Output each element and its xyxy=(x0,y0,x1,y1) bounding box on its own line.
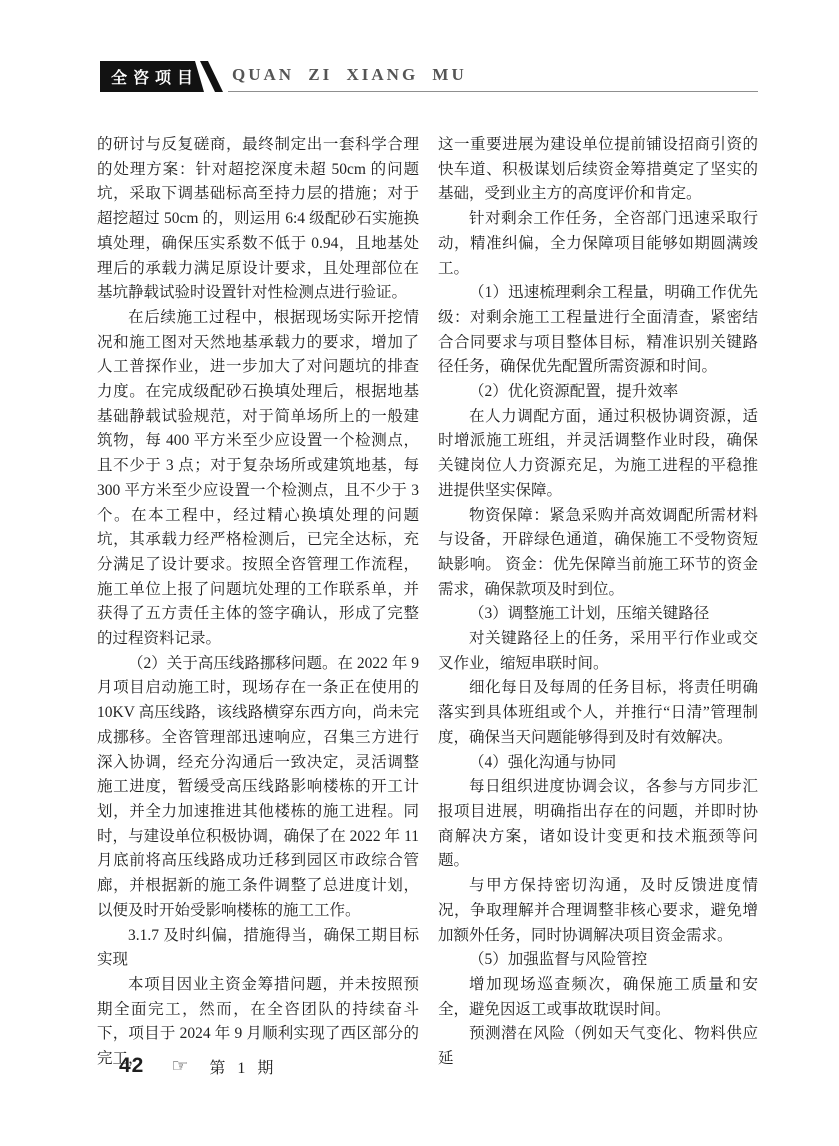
paragraph: 在人力调配方面，通过积极协调资源，适时增派施工班组，并灵活调整作业时段，确保关键… xyxy=(438,405,758,504)
paragraph: 针对剩余工作任务，全咨部门迅速采取行动，精准纠偏，全力保障项目能够如期圆满竣工。 xyxy=(438,207,758,281)
section-badge: 全咨项目 xyxy=(100,61,204,92)
paragraph: 这一重要进展为建设单位提前铺设招商引资的快车道、积极谋划后续资金筹措奠定了坚实的… xyxy=(438,133,758,207)
paragraph: 每日组织进度协调会议，各参与方同步汇报项目进展，明确指出存在的问题，并即时协商解… xyxy=(438,775,758,874)
paragraph: 的研讨与反复磋商，最终制定出一套科学合理的处理方案：针对超挖深度未超 50cm … xyxy=(97,133,419,306)
pointing-hand-icon: ☞ xyxy=(171,1055,188,1077)
column-left: 的研讨与反复磋商，最终制定出一套科学合理的处理方案：针对超挖深度未超 50cm … xyxy=(97,133,419,1072)
header-pinyin: QUAN ZI XIANG MU xyxy=(232,65,467,85)
paragraph: 细化每日及每周的任务目标，将责任明确落实到具体班组或个人，并推行“日清”管理制度… xyxy=(438,676,758,750)
section-badge-label: 全咨项目 xyxy=(105,65,199,88)
paragraph: 物资保障：紧急采购并高效调配所需材料与设备，开辟绿色通道，确保施工不受物资短缺影… xyxy=(438,504,758,603)
issue-label: 第 1 期 xyxy=(209,1055,277,1078)
paragraph: 对关键路径上的任务，采用平行作业或交叉作业，缩短串联时间。 xyxy=(438,627,758,676)
page-number: 42 xyxy=(119,1054,144,1078)
list-item-heading: （5）加强监督与风险管控 xyxy=(438,948,758,973)
column-right: 这一重要进展为建设单位提前铺设招商引资的快车道、积极谋划后续资金筹措奠定了坚实的… xyxy=(438,133,758,1072)
paragraph: （2）关于高压线路挪移问题。在 2022 年 9 月项目启动施工时，现场存在一条… xyxy=(97,652,419,924)
paragraph: 与甲方保持密切沟通，及时反馈进度情况，争取理解并合理调整非核心要求，避免增加额外… xyxy=(438,874,758,948)
document-page: 全咨项目 QUAN ZI XIANG MU 的研讨与反复磋商，最终制定出一套科学… xyxy=(0,0,839,1146)
page-footer: 42 ☞ 第 1 期 xyxy=(119,1054,277,1078)
paragraph: 在后续施工过程中，根据现场实际开挖情况和施工图对天然地基承载力的要求，增加了人工… xyxy=(97,306,419,652)
section-heading: 3.1.7 及时纠偏，措施得当，确保工期目标实现 xyxy=(97,924,419,973)
header-rule xyxy=(228,91,758,92)
list-item-heading: （3）调整施工计划，压缩关键路径 xyxy=(438,602,758,627)
paragraph: 增加现场巡查频次，确保施工质量和安全，避免因返工或事故耽误时间。 xyxy=(438,973,758,1022)
list-item-heading: （2）优化资源配置，提升效率 xyxy=(438,380,758,405)
page-header: 全咨项目 QUAN ZI XIANG MU xyxy=(100,61,760,93)
paragraph: 预测潜在风险（例如天气变化、物料供应延 xyxy=(438,1022,758,1071)
list-item-heading: （4）强化沟通与协同 xyxy=(438,751,758,776)
paragraph: （1）迅速梳理剩余工程量，明确工作优先级：对剩余施工工程量进行全面清查，紧密结合… xyxy=(438,281,758,380)
